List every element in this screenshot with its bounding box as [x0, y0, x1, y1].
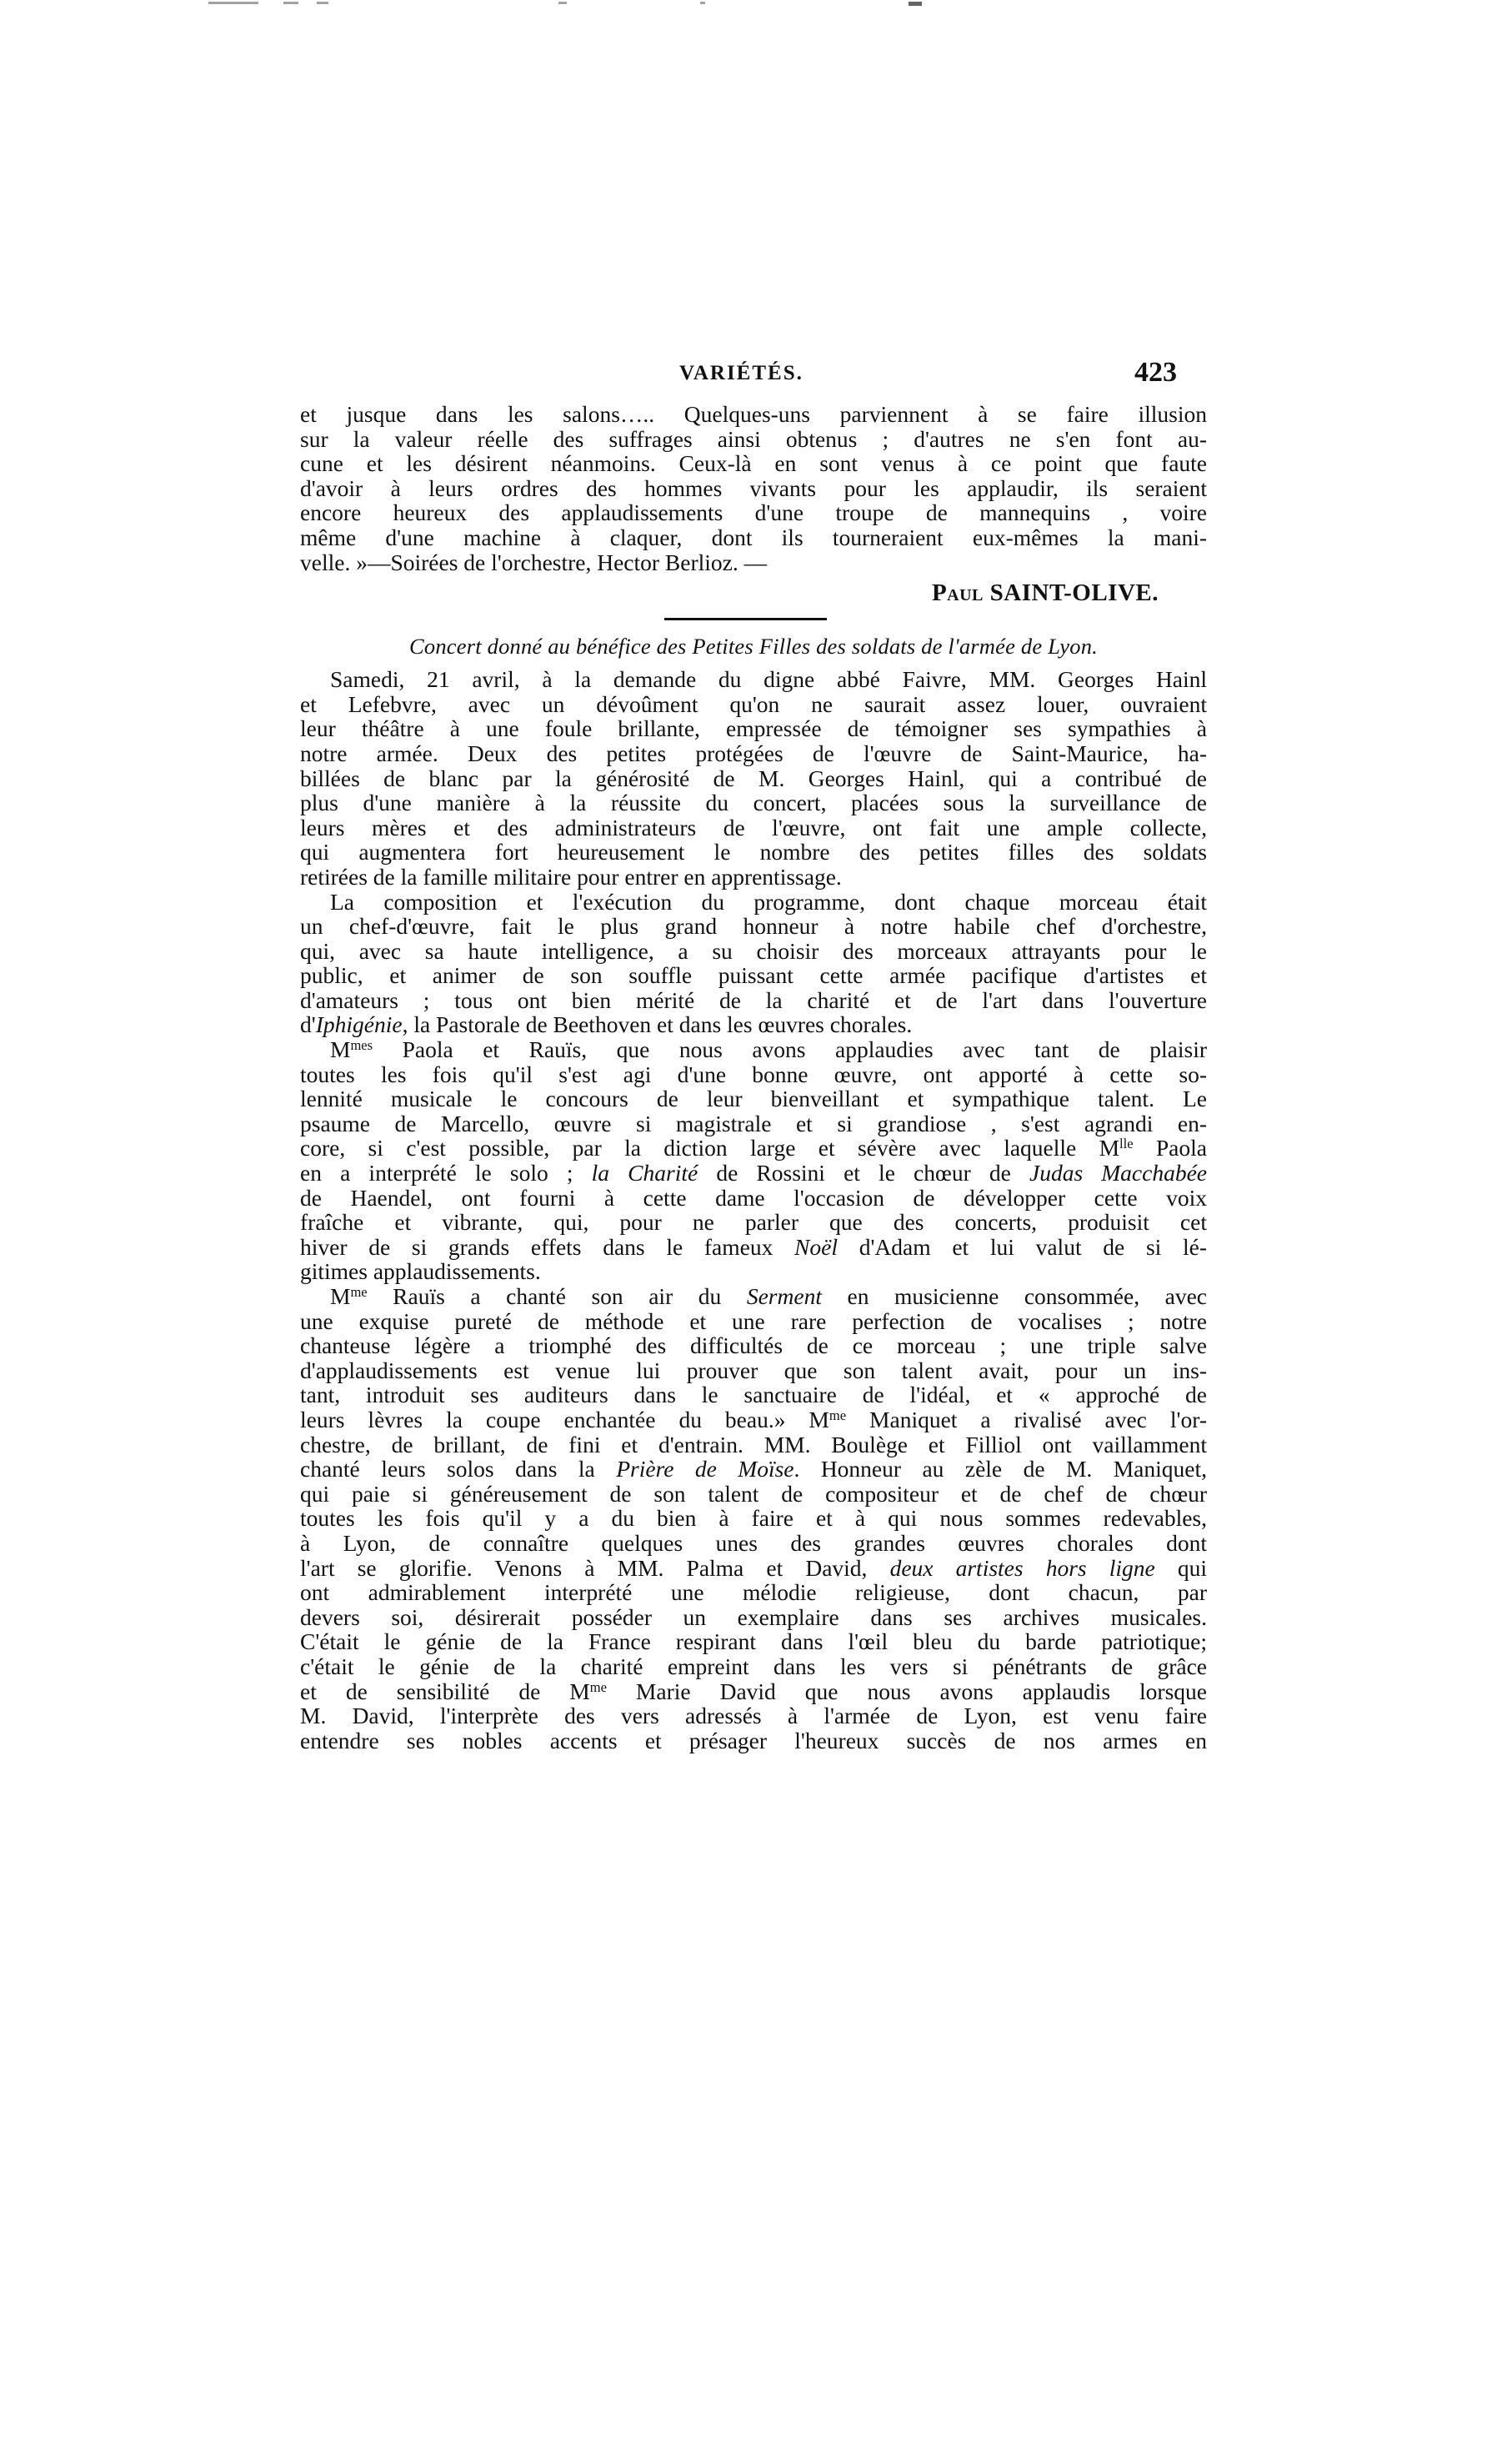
- text-line: retirées de la famille militaire pour en…: [300, 865, 1207, 890]
- text-line: tant, introduit ses auditeurs dans le sa…: [300, 1382, 1207, 1407]
- text-line: l'art se glorifie. Venons à MM. Palma et…: [300, 1556, 1207, 1581]
- text-line: un chef-d'œuvre, fait le plus grand honn…: [300, 914, 1207, 939]
- paragraph-3: Mmes Paola et Rauïs, que nous avons appl…: [300, 1037, 1207, 1284]
- text-line: leurs mères et des administrateurs de l'…: [300, 815, 1207, 840]
- text-line: velle. »—Soirées de l'orchestre, Hector …: [300, 550, 1207, 575]
- signature-last-name: SAINT-OLIVE.: [990, 579, 1159, 606]
- text-line: d'avoir à leurs ordres des hommes vivant…: [300, 476, 1207, 501]
- section-title: Concert donné au bénéfice des Petites Fi…: [300, 634, 1207, 667]
- text-line: sur la valeur réelle des suffrages ainsi…: [300, 427, 1207, 452]
- text-line: chestre, de brillant, de fini et d'entra…: [300, 1432, 1207, 1457]
- text-line: qui augmentera fort heureusement le nomb…: [300, 840, 1207, 865]
- text-line: d'Iphigénie, la Pastorale de Beethoven e…: [300, 1012, 1207, 1037]
- text-line: Samedi, 21 avril, à la demande du digne …: [300, 667, 1207, 692]
- text-line: notre armée. Deux des petites protégées …: [300, 741, 1207, 766]
- text-line: d'applaudissements est venue lui prouver…: [300, 1358, 1207, 1383]
- text-line: La composition et l'exécution du program…: [300, 890, 1207, 915]
- text-line: et jusque dans les salons….. Quelques-un…: [300, 402, 1207, 427]
- text-line: encore heureux des applaudissements d'un…: [300, 500, 1207, 525]
- text-line: d'amateurs ; tous ont bien mérité de la …: [300, 988, 1207, 1013]
- text-line: qui, avec sa haute intelligence, a su ch…: [300, 939, 1207, 964]
- text-line: fraîche et vibrante, qui, pour ne parler…: [300, 1210, 1207, 1235]
- scan-edge-artifacts: [192, 0, 1025, 10]
- text-line: de Haendel, ont fourni à cette dame l'oc…: [300, 1186, 1207, 1211]
- text-line: c'était le génie de la charité empreint …: [300, 1654, 1207, 1679]
- text-line: à Lyon, de connaître quelques unes des g…: [300, 1531, 1207, 1556]
- signature-first-name: Paul: [932, 579, 984, 606]
- text-line: une exquise pureté de méthode et une rar…: [300, 1309, 1207, 1334]
- text-line: même d'une machine à claquer, dont ils t…: [300, 525, 1207, 550]
- running-head: VARIÉTÉS. 423: [300, 350, 1207, 402]
- paragraph-4: Mme Rauïs a chanté son air du Serment en…: [300, 1284, 1207, 1753]
- text-line: et Lefebvre, avec un dévoûment qu'on ne …: [300, 692, 1207, 717]
- quote-continuation: et jusque dans les salons….. Quelques-un…: [300, 402, 1207, 574]
- paragraph-2: La composition et l'exécution du program…: [300, 890, 1207, 1038]
- text-line: psaume de Marcello, œuvre si magistrale …: [300, 1111, 1207, 1136]
- text-line: en a interprété le solo ; la Charité de …: [300, 1161, 1207, 1186]
- text-line: cune et les désirent néanmoins. Ceux-là …: [300, 451, 1207, 476]
- text-line: billées de blanc par la générosité de M.…: [300, 766, 1207, 791]
- running-head-title: VARIÉTÉS.: [679, 362, 804, 385]
- text-line: hiver de si grands effets dans le fameux…: [300, 1235, 1207, 1260]
- text-line: et de sensibilité de Mme Marie David que…: [300, 1679, 1207, 1704]
- author-signature: Paul SAINT-OLIVE.: [300, 579, 1207, 606]
- text-line: toutes les fois qu'il s'est agi d'une bo…: [300, 1062, 1207, 1087]
- text-line: leur théâtre à une foule brillante, empr…: [300, 716, 1207, 741]
- text-line: qui paie si généreusement de son talent …: [300, 1482, 1207, 1507]
- text-line: leurs lèvres la coupe enchantée du beau.…: [300, 1407, 1207, 1432]
- text-line: entendre ses nobles accents et présager …: [300, 1728, 1207, 1753]
- text-line: plus d'une manière à la réussite du conc…: [300, 790, 1207, 815]
- text-line: public, et animer de son souffle puissan…: [300, 963, 1207, 988]
- text-line: Mme Rauïs a chanté son air du Serment en…: [300, 1284, 1207, 1309]
- section-divider: [664, 618, 827, 620]
- text-line: chanté leurs solos dans la Prière de Moï…: [300, 1457, 1207, 1482]
- text-line: devers soi, désirerait posséder un exemp…: [300, 1605, 1207, 1630]
- text-line: gitimes applaudissements.: [300, 1259, 1207, 1284]
- text-line: M. David, l'interprète des vers adressés…: [300, 1703, 1207, 1728]
- book-page: VARIÉTÉS. 423 et jusque dans les salons……: [300, 350, 1207, 1753]
- text-line: C'était le génie de la France respirant …: [300, 1629, 1207, 1654]
- page-number: 423: [1134, 357, 1177, 389]
- text-line: ont admirablement interprété une mélodie…: [300, 1580, 1207, 1605]
- text-line: core, si c'est possible, par la diction …: [300, 1136, 1207, 1161]
- text-line: lennité musicale le concours de leur bie…: [300, 1086, 1207, 1111]
- text-line: Mmes Paola et Rauïs, que nous avons appl…: [300, 1037, 1207, 1062]
- text-line: toutes les fois qu'il y a du bien à fair…: [300, 1506, 1207, 1531]
- text-line: chanteuse légère a triomphé des difficul…: [300, 1333, 1207, 1358]
- paragraph-1: Samedi, 21 avril, à la demande du digne …: [300, 667, 1207, 889]
